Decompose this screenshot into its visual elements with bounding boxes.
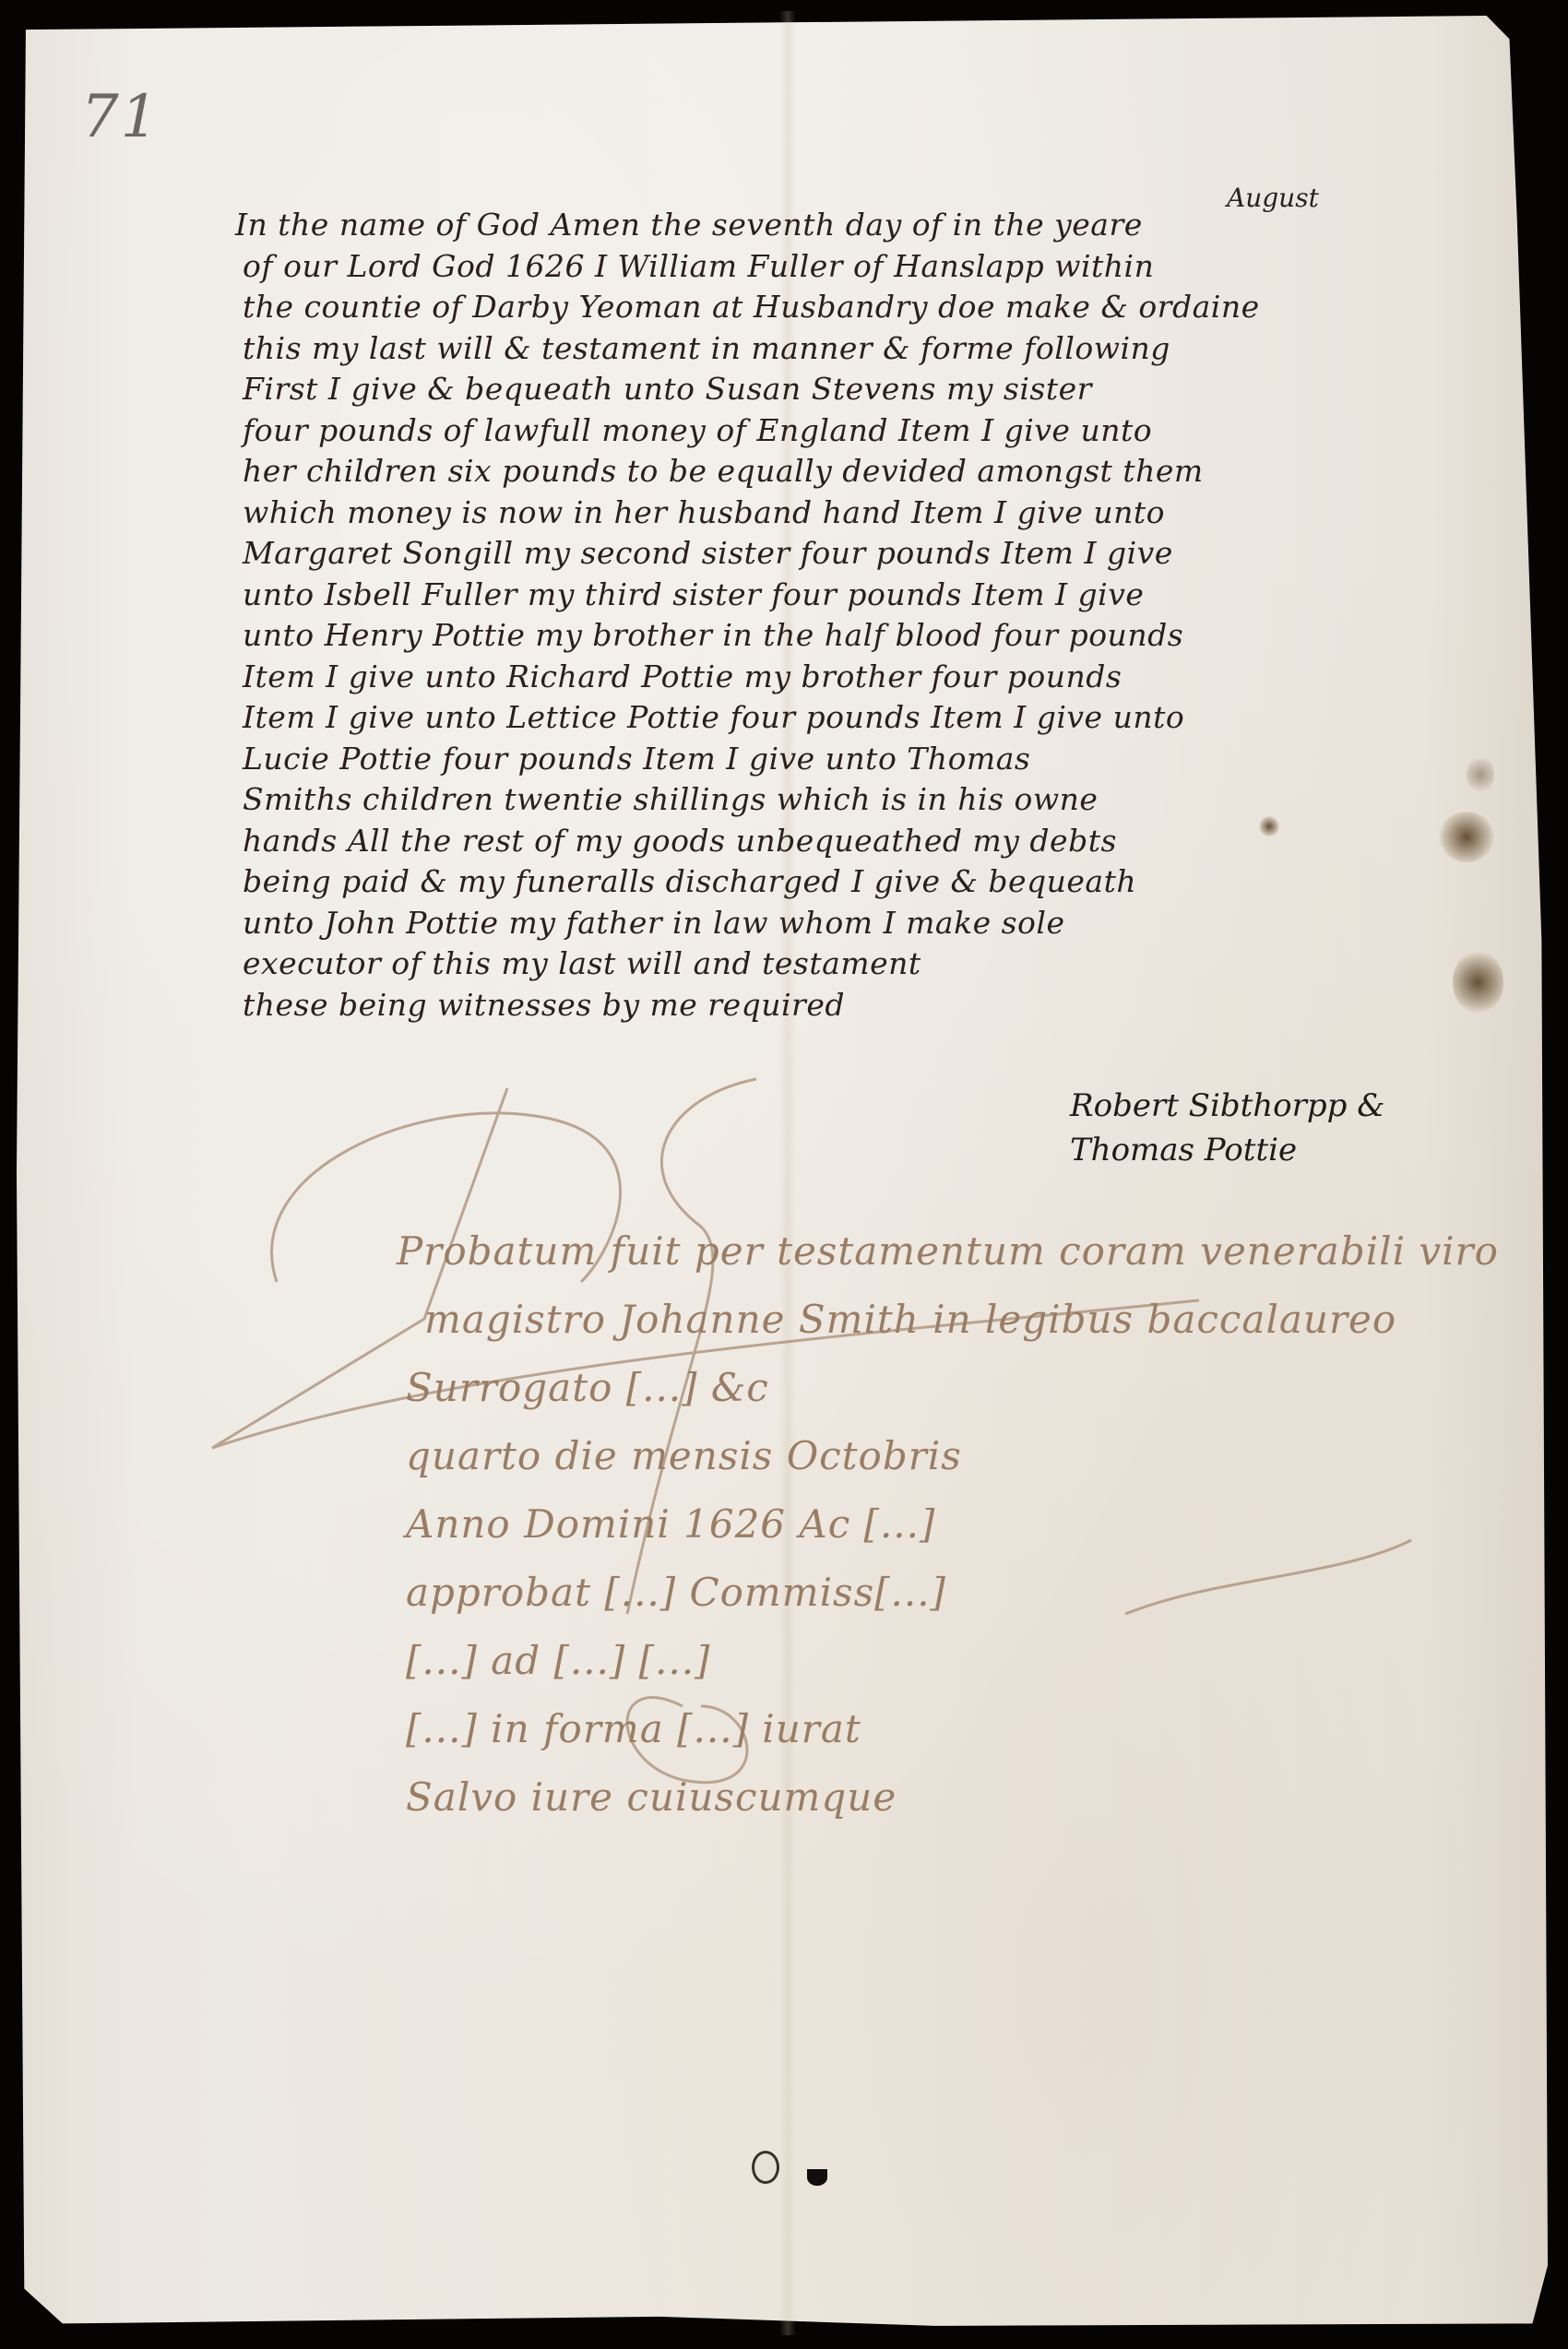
probate-line: quarto die mensis Octobris <box>397 1422 1499 1490</box>
probate-line: [...] ad [...] [...] <box>397 1627 1499 1695</box>
probate-line: [...] in forma [...] iurat <box>397 1695 1499 1763</box>
witness-signatures: Robert Sibthorpp & Thomas Pottie <box>1070 1084 1385 1172</box>
will-line: First I give & bequeath unto Susan Steve… <box>235 369 1545 410</box>
will-line: In the name of God Amen the seventh day … <box>235 205 1545 246</box>
will-text: In the name of God Amen the seventh day … <box>235 205 1545 1026</box>
pin-hole <box>807 2169 827 2186</box>
will-line: Margaret Songill my second sister four p… <box>235 533 1545 575</box>
will-line: Lucie Pottie four pounds Item I give unt… <box>235 739 1545 780</box>
will-line: being paid & my funeralls discharged I g… <box>235 861 1545 903</box>
probate-line: Surrogato [...] &c <box>397 1354 1499 1422</box>
will-line: hands All the rest of my goods unbequeat… <box>235 821 1545 862</box>
will-line: of our Lord God 1626 I William Fuller of… <box>235 246 1545 288</box>
probate-line: Salvo iure cuiuscumque <box>397 1763 1499 1832</box>
will-line: unto Henry Pottie my brother in the half… <box>235 615 1545 657</box>
will-line: Item I give unto Lettice Pottie four pou… <box>235 697 1545 739</box>
witness-signature: Thomas Pottie <box>1070 1128 1385 1172</box>
will-line: these being witnesses by me required <box>235 985 1545 1026</box>
will-line: Smiths children twentie shillings which … <box>235 779 1545 821</box>
probate-clause: Probatum fuit per testamentum coram vene… <box>397 1217 1499 1832</box>
will-line: which money is now in her husband hand I… <box>235 492 1545 534</box>
folio-number: 71 <box>81 83 160 151</box>
probate-line: Anno Domini 1626 Ac [...] <box>397 1490 1499 1559</box>
probate-line: approbat [...] Commiss[...] <box>397 1559 1499 1627</box>
will-line: four pounds of lawfull money of England … <box>235 410 1545 452</box>
witness-signature: Robert Sibthorpp & <box>1070 1084 1385 1128</box>
will-line: unto John Pottie my father in law whom I… <box>235 903 1545 944</box>
will-line: the countie of Darby Yeoman at Husbandry… <box>235 287 1545 328</box>
probate-line: magistro Johanne Smith in legibus baccal… <box>397 1286 1499 1354</box>
will-line: Item I give unto Richard Pottie my broth… <box>235 657 1545 698</box>
will-line: this my last will & testament in manner … <box>235 328 1545 370</box>
will-line: executor of this my last will and testam… <box>235 943 1545 985</box>
probate-line: Probatum fuit per testamentum coram vene… <box>397 1217 1499 1286</box>
pin-hole <box>752 2151 779 2184</box>
will-line: unto Isbell Fuller my third sister four … <box>235 575 1545 616</box>
will-line: her children six pounds to be equally de… <box>235 451 1545 492</box>
